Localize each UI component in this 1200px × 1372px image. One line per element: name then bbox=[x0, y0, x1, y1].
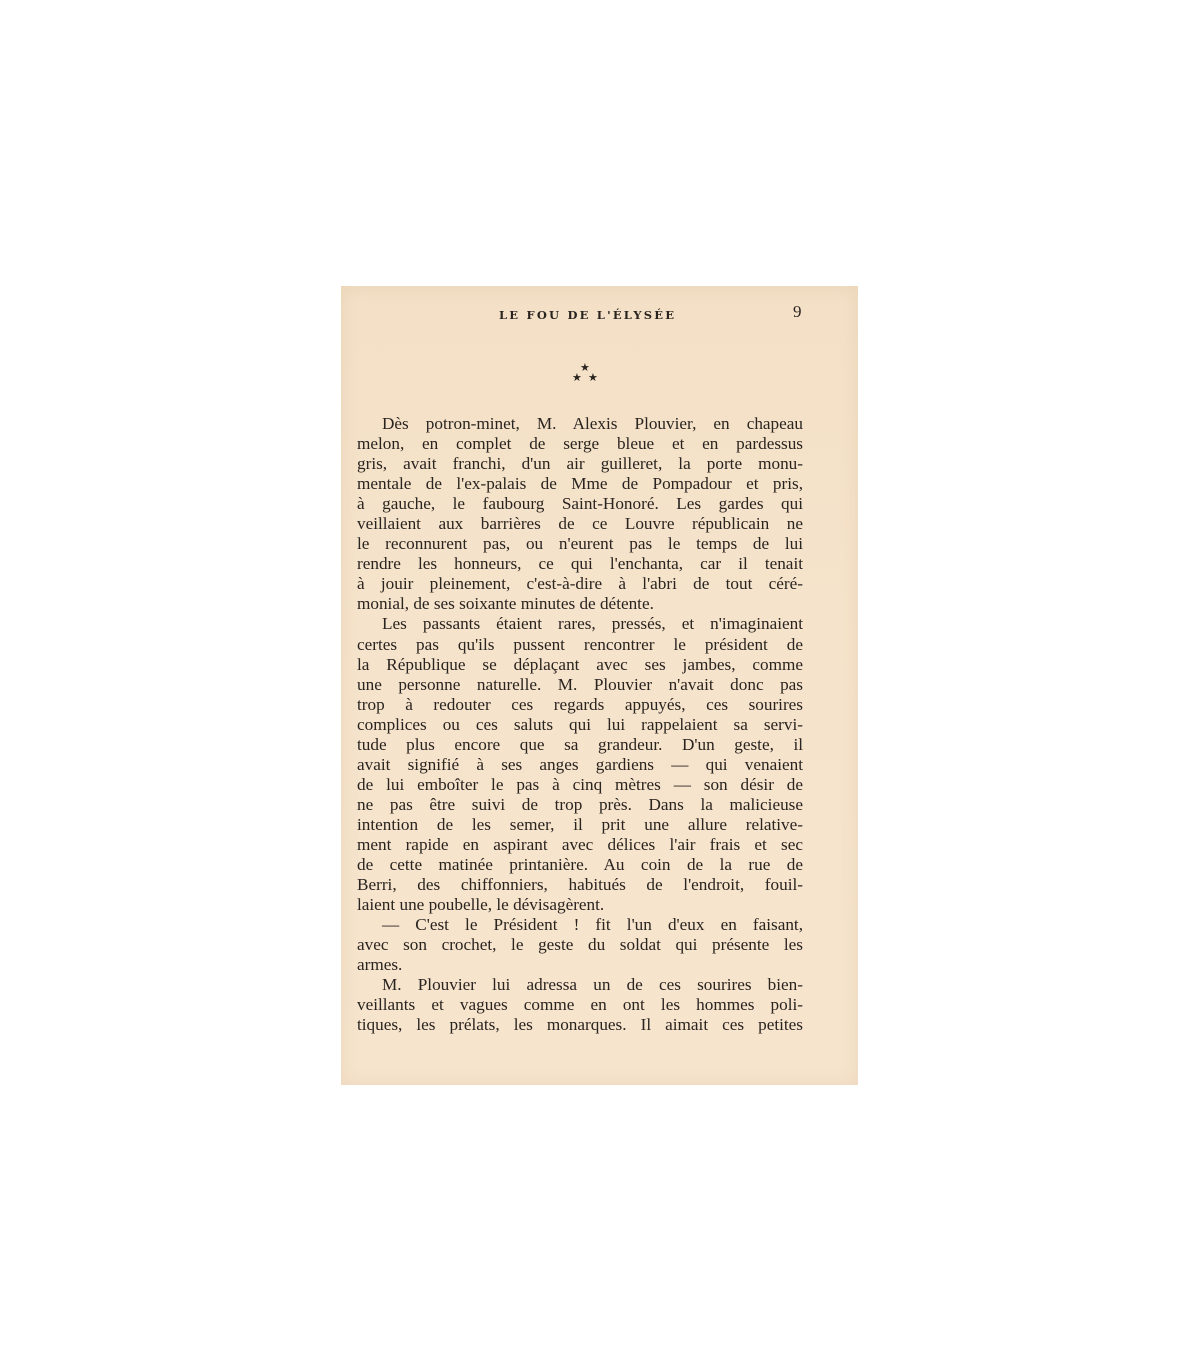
text-line: à gauche, le faubourg Saint-Honoré. Les … bbox=[357, 494, 803, 514]
text-line: tude plus encore que sa grandeur. D'un g… bbox=[357, 735, 803, 755]
text-line: monial, de ses soixante minutes de déten… bbox=[357, 594, 803, 614]
running-title: LE FOU DE L'ÉLYSÉE bbox=[499, 308, 676, 322]
text-line: melon, en complet de serge bleue et en p… bbox=[357, 434, 803, 454]
text-line: certes pas qu'ils pussent rencontrer le … bbox=[357, 635, 803, 655]
body-text: Dès potron-minet, M. Alexis Plouvier, en… bbox=[357, 414, 803, 1035]
text-line: ne pas être suivi de trop près. Dans la … bbox=[357, 795, 803, 815]
text-line: trop à redouter ces regards appuyés, ces… bbox=[357, 695, 803, 715]
text-line: de cette matinée printanière. Au coin de… bbox=[357, 855, 803, 875]
text-line: gris, avait franchi, d'un air guilleret,… bbox=[357, 454, 803, 474]
page-number: 9 bbox=[793, 302, 802, 322]
text-line: complices ou ces saluts qui lui rappelai… bbox=[357, 715, 803, 735]
text-line: Dès potron-minet, M. Alexis Plouvier, en… bbox=[357, 414, 803, 434]
text-line: — C'est le Président ! fit l'un d'eux en… bbox=[357, 915, 803, 935]
text-line: armes. bbox=[357, 955, 803, 975]
text-line: tiques, les prélats, les monarques. Il a… bbox=[357, 1015, 803, 1035]
text-line: veillants et vagues comme en ont les hom… bbox=[357, 995, 803, 1015]
star-icon: ★ bbox=[572, 372, 582, 383]
text-line: Les passants étaient rares, pressés, et … bbox=[357, 614, 803, 634]
star-icon: ★ bbox=[588, 372, 598, 383]
text-line: ment rapide en aspirant avec délices l'a… bbox=[357, 835, 803, 855]
text-line: mentale de l'ex-palais de Mme de Pompado… bbox=[357, 474, 803, 494]
text-line: laient une poubelle, le dévisagèrent. bbox=[357, 895, 803, 915]
text-line: avait signifié à ses anges gardiens — qu… bbox=[357, 755, 803, 775]
text-line: veillaient aux barrières de ce Louvre ré… bbox=[357, 514, 803, 534]
text-line: la République se déplaçant avec ses jamb… bbox=[357, 655, 803, 675]
text-line: une personne naturelle. M. Plouvier n'av… bbox=[357, 675, 803, 695]
text-line: Berri, des chiffonniers, habitués de l'e… bbox=[357, 875, 803, 895]
text-line: rendre les honneurs, ce qui l'enchanta, … bbox=[357, 554, 803, 574]
text-line: M. Plouvier lui adressa un de ces sourir… bbox=[357, 975, 803, 995]
book-page: LE FOU DE L'ÉLYSÉE 9 ★ ★ ★ Dès potron-mi… bbox=[341, 286, 858, 1085]
asterism-section-break: ★ ★ ★ bbox=[571, 362, 601, 388]
text-line: avec son crochet, le geste du soldat qui… bbox=[357, 935, 803, 955]
text-line: à jouir pleinement, c'est-à-dire à l'abr… bbox=[357, 574, 803, 594]
text-line: intention de les semer, il prit une allu… bbox=[357, 815, 803, 835]
text-line: le reconnurent pas, ou n'eurent pas le t… bbox=[357, 534, 803, 554]
text-line: de lui emboîter le pas à cinq mètres — s… bbox=[357, 775, 803, 795]
